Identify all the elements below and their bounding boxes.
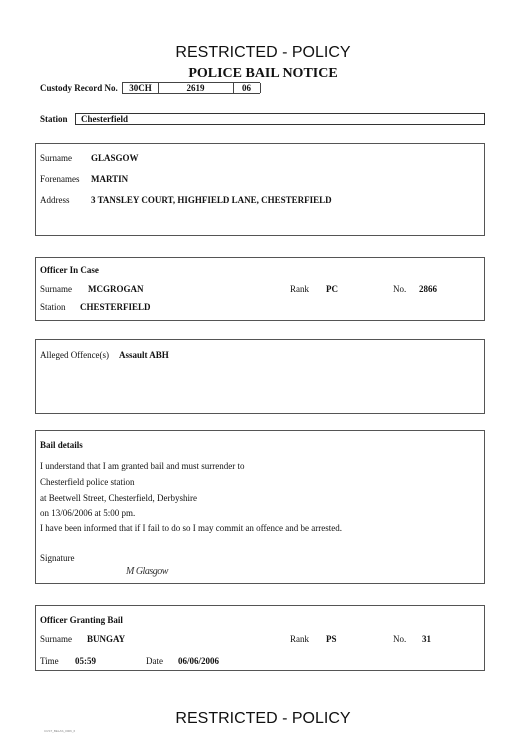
go-date-value: 06/06/2006: [178, 656, 219, 666]
go-no-value: 31: [422, 634, 431, 644]
go-time-label: Time: [40, 656, 59, 666]
forenames-value: MARTIN: [91, 174, 128, 184]
go-surname-label: Surname: [40, 634, 72, 644]
form-code: CUST_BELAS_0006_6: [44, 729, 75, 733]
signature: M Glasgow: [126, 566, 168, 577]
officer-in-case-heading: Officer In Case: [40, 265, 99, 275]
bail-line: on 13/06/2006 at 5:00 pm.: [40, 508, 135, 518]
bail-details-heading: Bail details: [40, 440, 83, 450]
oic-station-value: CHESTERFIELD: [80, 302, 151, 312]
custody-record-part-3: 06: [233, 83, 261, 93]
signature-label: Signature: [40, 553, 75, 563]
custody-record-number: 30CH 2619 06: [122, 82, 260, 94]
bail-line: I have been informed that if I fail to d…: [40, 523, 342, 533]
bail-details-section: [35, 430, 485, 584]
oic-surname-value: MCGROGAN: [88, 284, 144, 294]
oic-no-value: 2866: [419, 284, 437, 294]
oic-rank-value: PC: [326, 284, 338, 294]
offence-label: Alleged Offence(s): [40, 350, 109, 360]
bail-line: I understand that I am granted bail and …: [40, 461, 244, 471]
station-value: Chesterfield: [81, 114, 128, 125]
page-title: POLICE BAIL NOTICE: [0, 66, 526, 82]
offence-value: Assault ABH: [119, 350, 169, 360]
custody-record-part-1: 30CH: [123, 83, 159, 93]
go-date-label: Date: [146, 656, 163, 666]
go-rank-label: Rank: [290, 634, 309, 644]
address-label: Address: [40, 195, 70, 205]
go-time-value: 05:59: [75, 656, 96, 666]
bail-line: Chesterfield police station: [40, 477, 134, 487]
station-field: Chesterfield: [75, 113, 485, 125]
go-surname-value: BUNGAY: [87, 634, 125, 644]
surname-label: Surname: [40, 153, 72, 163]
go-no-label: No.: [393, 634, 406, 644]
bail-line: at Beetwell Street, Chesterfield, Derbys…: [40, 493, 197, 503]
oic-rank-label: Rank: [290, 284, 309, 294]
custody-record-label: Custody Record No.: [40, 83, 118, 93]
station-label: Station: [40, 114, 68, 124]
oic-surname-label: Surname: [40, 284, 72, 294]
forenames-label: Forenames: [40, 174, 80, 184]
classification-footer: RESTRICTED - POLICY: [0, 710, 526, 728]
oic-station-label: Station: [40, 302, 66, 312]
granting-officer-heading: Officer Granting Bail: [40, 615, 123, 625]
oic-no-label: No.: [393, 284, 406, 294]
classification-header: RESTRICTED - POLICY: [0, 44, 526, 62]
custody-record-part-2: 2619: [158, 83, 234, 93]
address-value: 3 TANSLEY COURT, HIGHFIELD LANE, CHESTER…: [91, 195, 332, 205]
go-rank-value: PS: [326, 634, 337, 644]
surname-value: GLASGOW: [91, 153, 139, 163]
